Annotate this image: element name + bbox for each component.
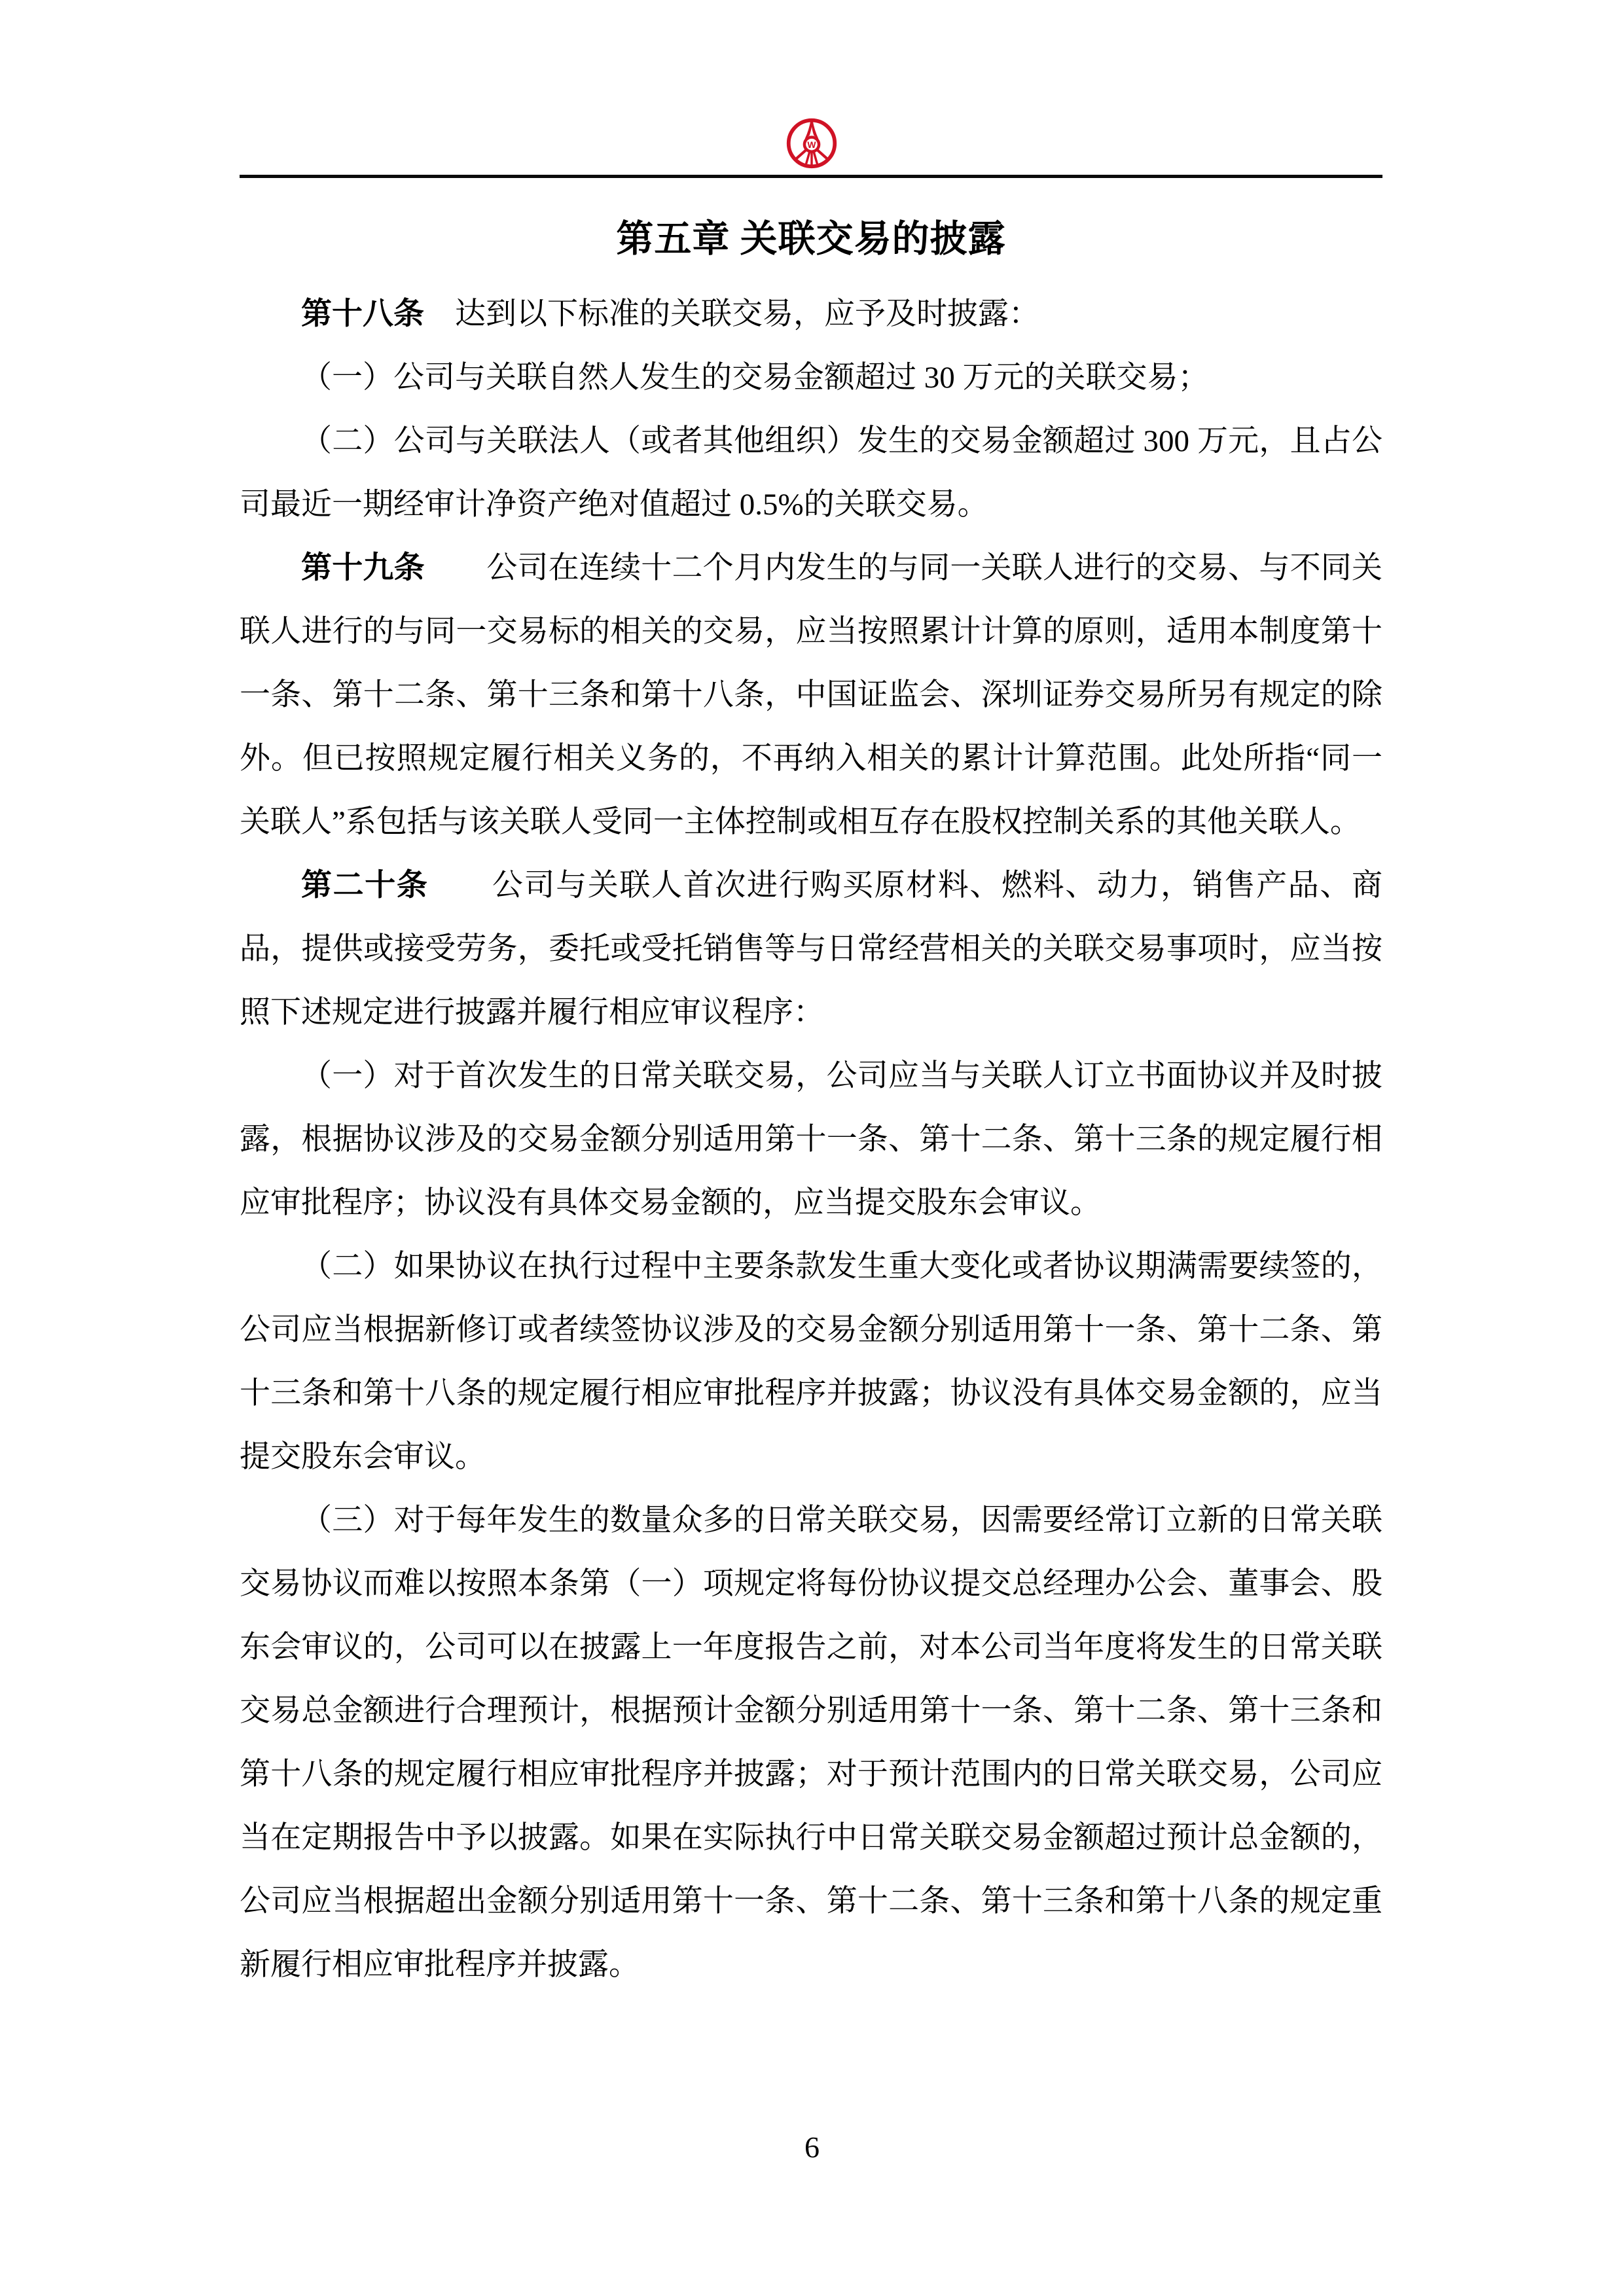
article-20-label: 第二十条 [301,869,429,903]
article-19-label: 第十九条 [301,551,425,585]
paragraph-article-20: 第二十条 公司与关联人首次进行购买原材料、燃料、动力，销售产品、商品，提供或接受… [240,854,1382,1045]
item-2-text: （二）公司与关联法人（或者其他组织）发生的交易金额超过 300 万元，且占公司最… [240,424,1382,522]
item-20-2-text: （二）如果协议在执行过程中主要条款发生重大变化或者协议期满需要续签的，公司应当根… [240,1249,1382,1474]
item-20-1-text: （一）对于首次发生的日常关联交易，公司应当与关联人订立书面协议并及时披露，根据协… [240,1059,1382,1220]
page-number: 6 [804,2130,820,2164]
paragraph-article-18-item-1: （一）公司与关联自然人发生的交易金额超过 30 万元的关联交易； [240,346,1382,410]
company-logo-icon: W [785,115,839,171]
document-content: 第五章 关联交易的披露 第十八条 达到以下标准的关联交易，应予及时披露： （一）… [240,216,1382,1997]
article-19-text: 公司在连续十二个月内发生的与同一关联人进行的交易、与不同关联人进行的与同一交易标… [240,551,1382,839]
paragraph-article-20-item-2: （二）如果协议在执行过程中主要条款发生重大变化或者协议期满需要续签的，公司应当根… [240,1235,1382,1489]
paragraph-article-18-item-2: （二）公司与关联法人（或者其他组织）发生的交易金额超过 300 万元，且占公司最… [240,410,1382,537]
paragraph-article-19: 第十九条 公司在连续十二个月内发生的与同一关联人进行的交易、与不同关联人进行的与… [240,537,1382,854]
header-divider [240,175,1382,178]
logo-letter: W [807,139,816,150]
item-20-3-text: （三）对于每年发生的数量众多的日常关联交易，因需要经常订立新的日常关联交易协议而… [240,1503,1382,1982]
item-1-text: （一）公司与关联自然人发生的交易金额超过 30 万元的关联交易； [301,361,1209,395]
document-page: W 第五章 关联交易的披露 第十八条 达到以下标准的关联交易，应予及时披露： （… [0,0,1624,2296]
paragraph-article-20-item-3: （三）对于每年发生的数量众多的日常关联交易，因需要经常订立新的日常关联交易协议而… [240,1489,1382,1997]
paragraph-article-18: 第十八条 达到以下标准的关联交易，应予及时披露： [240,283,1382,346]
chapter-title: 第五章 关联交易的披露 [240,216,1382,263]
article-18-text: 达到以下标准的关联交易，应予及时披露： [424,297,1039,331]
paragraph-article-20-item-1: （一）对于首次发生的日常关联交易，公司应当与关联人订立书面协议并及时披露，根据协… [240,1045,1382,1235]
article-18-label: 第十八条 [301,297,424,331]
page-footer: 6 [0,2130,1624,2165]
